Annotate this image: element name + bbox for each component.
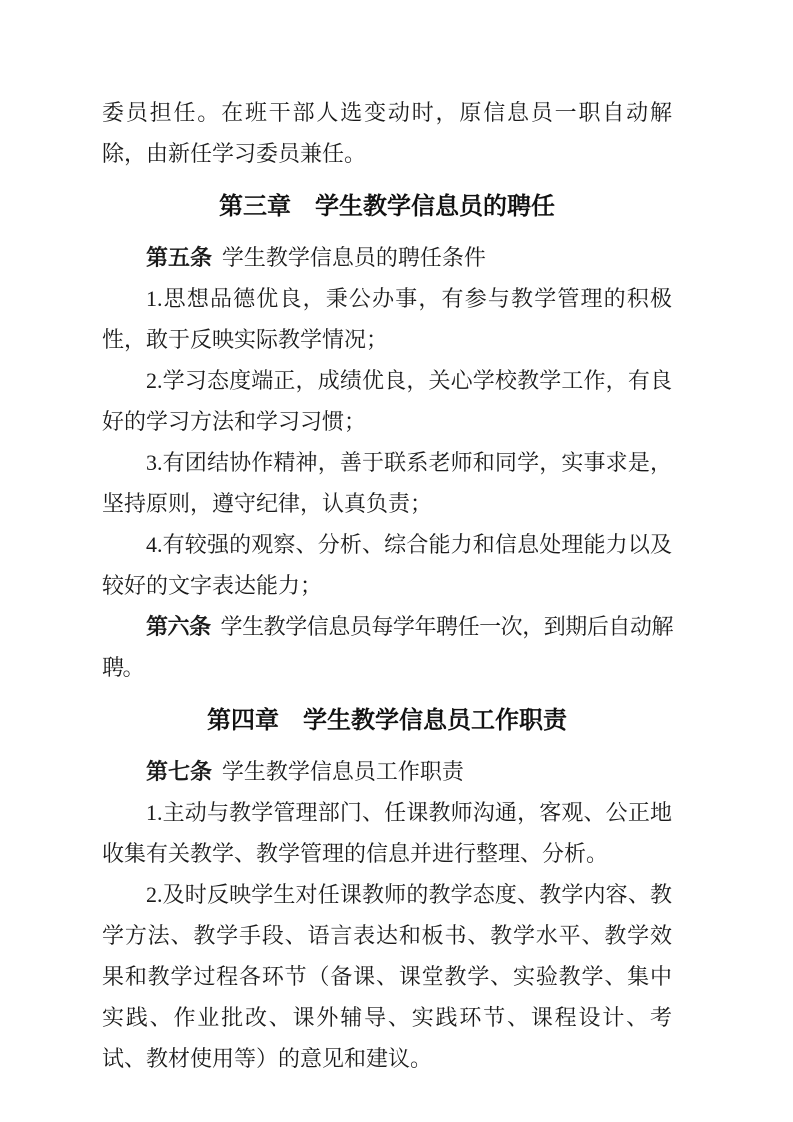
article-paragraph: 第七条学生教学信息员工作职责 (102, 751, 672, 792)
body-paragraph: 1.主动与教学管理部门、任课教师沟通，客观、公正地收集有关教学、教学管理的信息并… (102, 792, 672, 874)
body-paragraph: 2.学习态度端正，成绩优良，关心学校教学工作，有良好的学习方法和学习习惯； (102, 360, 672, 442)
article-paragraph: 第六条学生教学信息员每学年聘任一次，到期后自动解聘。 (102, 606, 672, 688)
body-paragraph: 3.有团结协作精神，善于联系老师和同学，实事求是，坚持原则，遵守纪律，认真负责； (102, 442, 672, 524)
paragraph-text: 2.及时反映学生对任课教师的教学态度、教学内容、教学方法、教学手段、语言表达和板… (102, 882, 672, 1071)
paragraph-text: 学生教学信息员的聘任条件 (222, 245, 486, 270)
body-paragraph: 4.有较强的观察、分析、综合能力和信息处理能力以及较好的文字表达能力； (102, 524, 672, 606)
article-number-label: 第六条 (146, 614, 211, 639)
body-paragraph: 委员担任。在班干部人选变动时，原信息员一职自动解除，由新任学习委员兼任。 (102, 92, 672, 174)
article-number-label: 第五条 (146, 245, 212, 270)
article-number-label: 第七条 (146, 759, 212, 784)
paragraph-text: 1.主动与教学管理部门、任课教师沟通，客观、公正地收集有关教学、教学管理的信息并… (102, 800, 672, 866)
document-page: 委员担任。在班干部人选变动时，原信息员一职自动解除，由新任学习委员兼任。第三章 … (0, 0, 793, 1122)
chapter-heading: 第三章 学生教学信息员的聘任 (102, 186, 672, 227)
paragraph-text: 委员担任。在班干部人选变动时，原信息员一职自动解除，由新任学习委员兼任。 (102, 100, 672, 166)
chapter-heading: 第四章 学生教学信息员工作职责 (102, 700, 672, 741)
paragraph-text: 3.有团结协作精神，善于联系老师和同学，实事求是，坚持原则，遵守纪律，认真负责； (102, 450, 672, 516)
document-body: 委员担任。在班干部人选变动时，原信息员一职自动解除，由新任学习委员兼任。第三章 … (102, 92, 672, 1079)
paragraph-text: 2.学习态度端正，成绩优良，关心学校教学工作，有良好的学习方法和学习习惯； (102, 368, 672, 434)
body-paragraph: 2.及时反映学生对任课教师的教学态度、教学内容、教学方法、教学手段、语言表达和板… (102, 874, 672, 1079)
paragraph-text: 1.思想品德优良，秉公办事，有参与教学管理的积极性，敢于反映实际教学情况； (102, 286, 672, 352)
body-paragraph: 1.思想品德优良，秉公办事，有参与教学管理的积极性，敢于反映实际教学情况； (102, 278, 672, 360)
article-paragraph: 第五条学生教学信息员的聘任条件 (102, 237, 672, 278)
paragraph-text: 学生教学信息员工作职责 (222, 759, 464, 784)
paragraph-text: 4.有较强的观察、分析、综合能力和信息处理能力以及较好的文字表达能力； (102, 532, 672, 598)
